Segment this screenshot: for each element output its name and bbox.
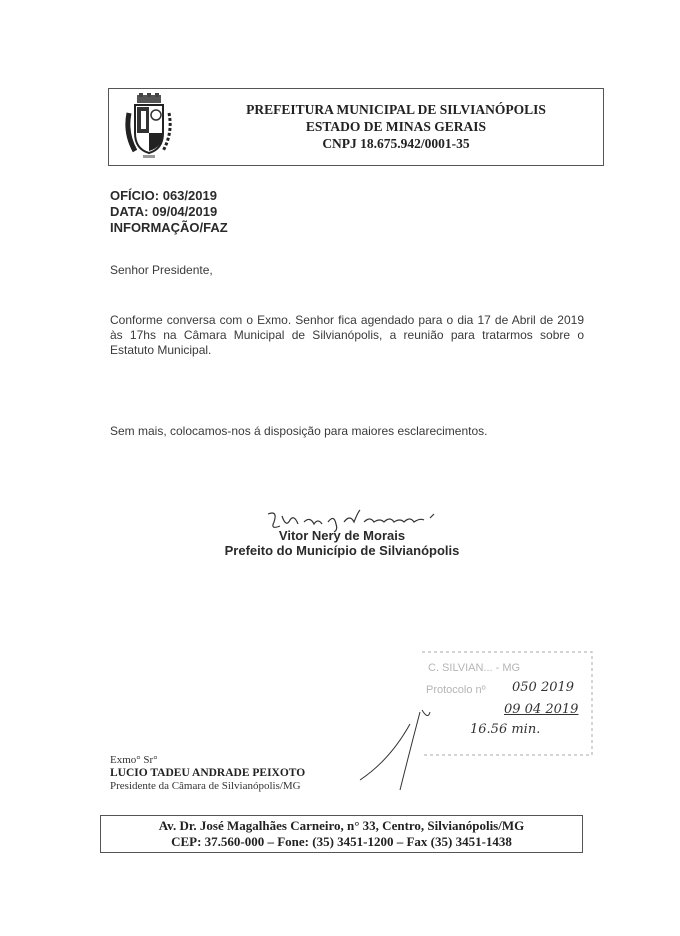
- stamp-protocol-number: 050 2019: [512, 680, 574, 695]
- stamp-time: 16.56 min.: [470, 722, 540, 737]
- closing-sentence: Sem mais, colocamos-nos á disposição par…: [110, 424, 488, 439]
- stamp-protocol-label: Protocolo nº: [426, 684, 486, 696]
- department: INFORMAÇÃO/FAZ: [110, 220, 228, 236]
- recipient-role: Presidente da Câmara de Silvianópolis/MG: [110, 780, 305, 793]
- municipal-coat-of-arms-icon: [119, 93, 179, 161]
- document-date: DATA: 09/04/2019: [110, 204, 228, 220]
- salutation: Senhor Presidente,: [110, 263, 213, 278]
- signatory-role: Prefeito do Município de Silvianópolis: [222, 543, 462, 559]
- institution-name: PREFEITURA MUNICIPAL DE SILVIANÓPOLIS: [189, 101, 593, 118]
- stamp-header: C. SILVIAN... - MG: [428, 662, 520, 674]
- cnpj: CNPJ 18.675.942/0001-35: [189, 135, 593, 152]
- recipient-name: LUCIO TADEU ANDRADE PEIXOTO: [110, 767, 305, 780]
- recipient-title: Exmo° Sr°: [110, 754, 305, 767]
- recipient-block: Exmo° Sr° LUCIO TADEU ANDRADE PEIXOTO Pr…: [110, 754, 305, 793]
- footer-address: Av. Dr. José Magalhães Carneiro, n° 33, …: [100, 815, 583, 853]
- handwritten-signature-icon: [264, 508, 464, 536]
- signature-block: Vitor Nery de Morais Prefeito do Municíp…: [222, 510, 462, 559]
- address-line: Av. Dr. José Magalhães Carneiro, n° 33, …: [101, 818, 582, 834]
- contact-line: CEP: 37.560-000 – Fone: (35) 3451-1200 –…: [101, 834, 582, 850]
- oficio-number: OFÍCIO: 063/2019: [110, 188, 228, 204]
- state-name: ESTADO DE MINAS GERAIS: [189, 118, 593, 135]
- stamp-date: 09 04 2019: [504, 702, 578, 717]
- letterhead: PREFEITURA MUNICIPAL DE SILVIANÓPOLIS ES…: [108, 88, 604, 166]
- document-reference: OFÍCIO: 063/2019 DATA: 09/04/2019 INFORM…: [110, 188, 228, 236]
- body-paragraph: Conforme conversa com o Exmo. Senhor fic…: [110, 313, 584, 358]
- protocol-stamp: C. SILVIAN... - MG Protocolo nº 050 2019…: [350, 640, 600, 800]
